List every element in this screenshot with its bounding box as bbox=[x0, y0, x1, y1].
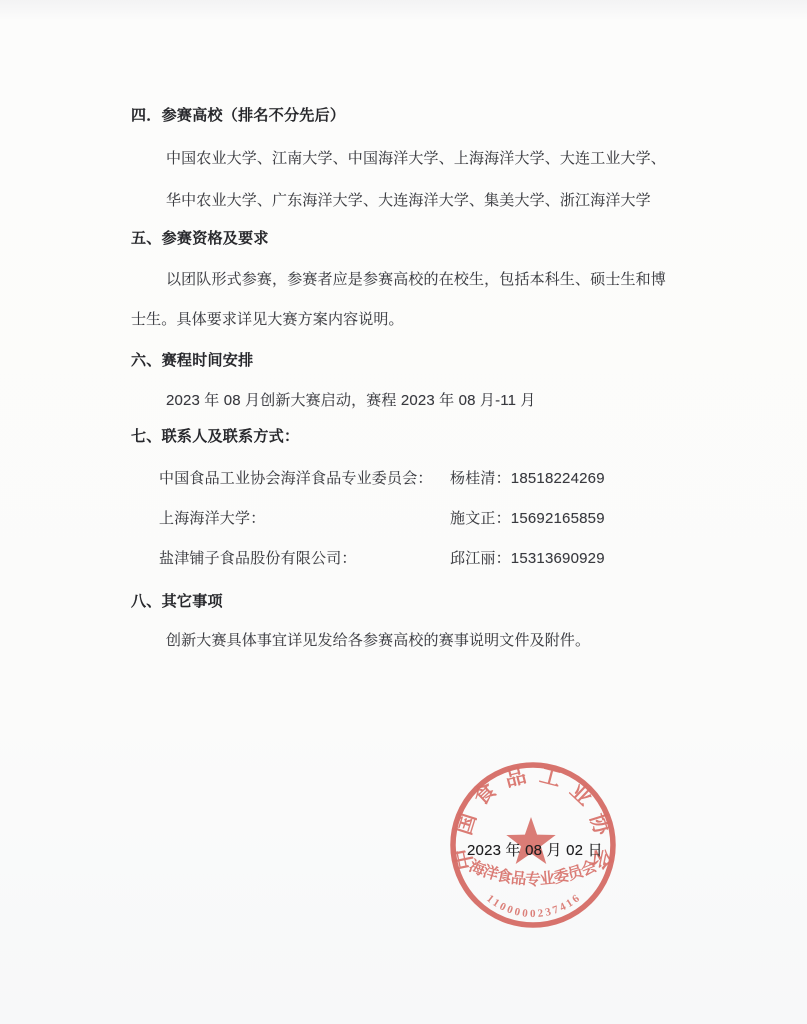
contact-org: 盐津铺子食品股份有限公司： bbox=[159, 550, 357, 567]
contact-row: 盐津铺子食品股份有限公司： 邱江丽：15313690929 bbox=[159, 547, 679, 568]
svg-text:海洋食品专业委员会: 海洋食品专业委员会 bbox=[467, 856, 600, 889]
contact-row: 上海海洋大学： 施文正：15692165859 bbox=[159, 507, 679, 528]
universities-line-1: 中国农业大学、江南大学、中国海洋大学、上海海洋大学、大连工业大学、 bbox=[166, 149, 666, 168]
contact-person: 邱江丽：15313690929 bbox=[450, 547, 605, 568]
eligibility-line-2: 士生。具体要求详见大赛方案内容说明。 bbox=[131, 310, 404, 329]
section-heading-7: 七、联系人及联系方式： bbox=[131, 427, 299, 446]
section-heading-6: 六、赛程时间安排 bbox=[131, 351, 253, 370]
document-date: 2023 年 08 月 02 日 bbox=[467, 839, 603, 860]
contact-person: 杨桂清：18518224269 bbox=[450, 467, 605, 488]
contact-row: 中国食品工业协会海洋食品专业委员会： 杨桂清：18518224269 bbox=[159, 467, 679, 488]
contact-org: 上海海洋大学： bbox=[159, 510, 265, 527]
schedule-line: 2023 年 08 月创新大赛启动，赛程 2023 年 08 月-11 月 bbox=[166, 391, 536, 410]
section-heading-5: 五、参赛资格及要求 bbox=[131, 229, 269, 248]
seal-bottom-arc-text: 海洋食品专业委员会 bbox=[467, 856, 600, 889]
contact-org: 中国食品工业协会海洋食品专业委员会： bbox=[159, 470, 433, 487]
section-heading-4: 四．参赛高校（排名不分先后） bbox=[131, 106, 345, 125]
universities-line-2: 华中农业大学、广东海洋大学、大连海洋大学、集美大学、浙江海洋大学 bbox=[166, 191, 651, 210]
contact-person: 施文正：15692165859 bbox=[450, 507, 605, 528]
eligibility-line-1: 以团队形式参赛，参赛者应是参赛高校的在校生，包括本科生、硕士生和博 bbox=[166, 270, 666, 289]
document-page: 四．参赛高校（排名不分先后） 中国农业大学、江南大学、中国海洋大学、上海海洋大学… bbox=[0, 0, 807, 1024]
other-matters-line: 创新大赛具体事宜详见发给各参赛高校的赛事说明文件及附件。 bbox=[166, 631, 590, 650]
section-heading-8: 八、其它事项 bbox=[131, 592, 223, 611]
